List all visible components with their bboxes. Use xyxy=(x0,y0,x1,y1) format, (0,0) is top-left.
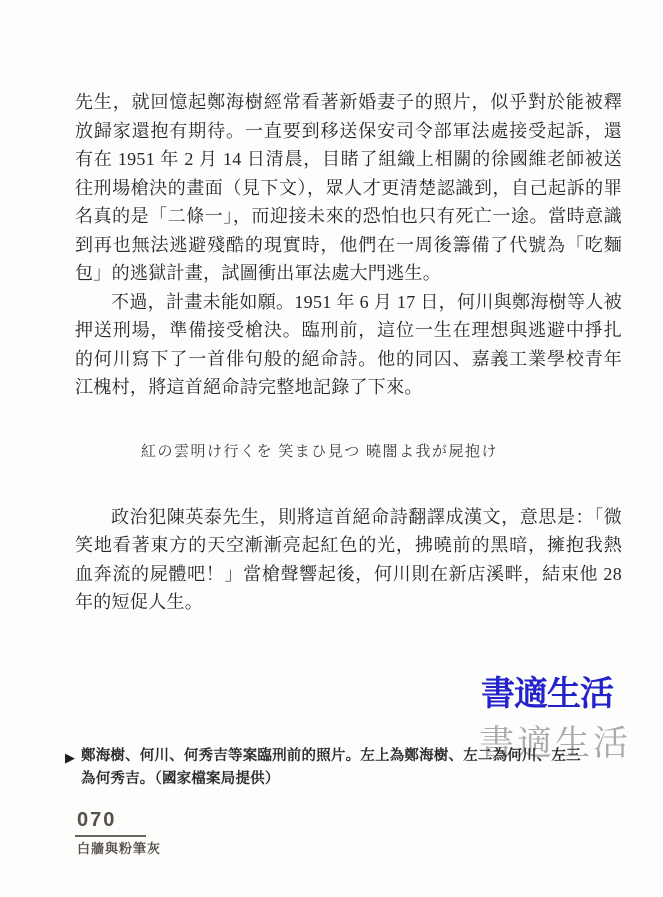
page-number: 070 xyxy=(77,809,161,831)
body-text-block: 先生，就回憶起鄭海樹經常看著新婚妻子的照片，似乎對於能被釋放歸家還抱有期待。一直… xyxy=(75,88,622,617)
photo-caption: ▶ 鄭海樹、何川、何秀吉等案臨刑前的照片。左上為鄭海樹、左二為何川、左三 為何秀… xyxy=(65,745,585,791)
book-page: 先生，就回憶起鄭海樹經常看著新婚妻子的照片，似乎對於能被釋放歸家還抱有期待。一直… xyxy=(0,0,663,897)
paragraph-translation: 政治犯陳英泰先生，則將這首絕命詩翻譯成漢文，意思是：「微笑地看著東方的天空漸漸亮… xyxy=(75,503,622,617)
caption-arrow-icon: ▶ xyxy=(65,746,75,769)
caption-line-1: 鄭海樹、何川、何秀吉等案臨刑前的照片。左上為鄭海樹、左二為何川、左三 xyxy=(81,745,585,768)
footer-divider xyxy=(75,835,146,837)
caption-line-2: 為何秀吉。（國家檔案局提供） xyxy=(81,768,585,791)
page-footer: 070 白牆與粉筆灰 xyxy=(77,809,161,857)
paragraph-continuation: 先生，就回憶起鄭海樹經常看著新婚妻子的照片，似乎對於能被釋放歸家還抱有期待。一直… xyxy=(75,88,622,288)
haiku-death-poem: 紅の雲明け行くを 笑まひ見つ 曉闇よ我が屍抱け xyxy=(141,442,622,463)
book-title: 白牆與粉筆灰 xyxy=(77,840,161,857)
caption-text: 鄭海樹、何川、何秀吉等案臨刑前的照片。左上為鄭海樹、左二為何川、左三 為何秀吉。… xyxy=(81,745,585,791)
watermark-blue: 書適生活 xyxy=(481,666,613,715)
paragraph-escape-plan: 不過，計畫未能如願。1951 年 6 月 17 日，何川與鄭海樹等人被押送刑場，… xyxy=(75,288,622,402)
